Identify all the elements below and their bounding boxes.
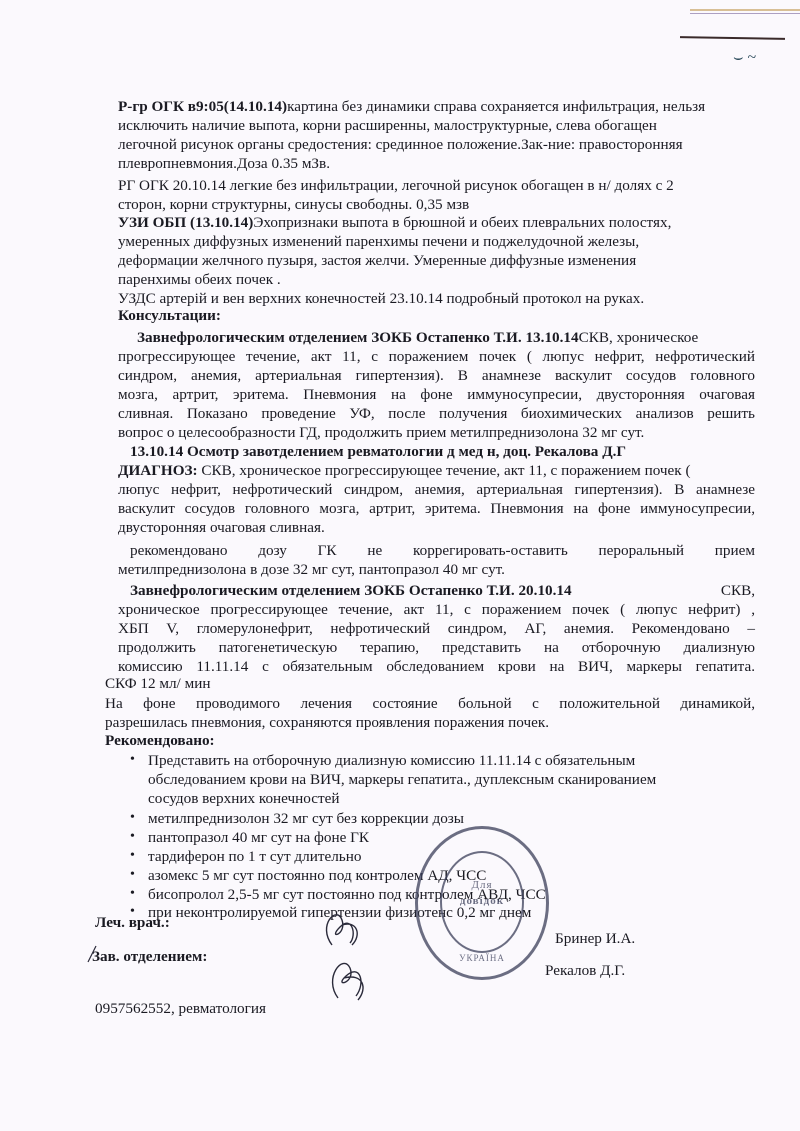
diagnosis-line: двусторонняя очаговая сливная.	[118, 519, 325, 537]
scan-edge-line	[690, 9, 800, 11]
summary-line: На фоне проводимого лечения состояние бо…	[105, 695, 755, 713]
footer-contact: 0957562552, ревматология	[95, 1000, 266, 1018]
recommended-heading: Рекомендовано:	[105, 732, 215, 750]
text: Эхопризнаки выпота в брюшной и обеих пле…	[253, 214, 671, 231]
stamp-inner-ring: Для довідок	[440, 851, 524, 953]
xray2-line: РГ ОГК 20.10.14 легкие без инфильтрации,…	[118, 177, 674, 195]
handwritten-mark: ⌣ ~	[733, 49, 756, 67]
text: СКВ, хроническое	[579, 329, 699, 346]
diagnosis-label: ДИАГНОЗ:	[118, 462, 198, 479]
consult1-line: мозга, артрит, эритема. Пневмония на фон…	[118, 386, 755, 404]
consult1-line: прогрессирующее течение, акт 11, с пораж…	[118, 348, 755, 366]
consult3-line: Завнефрологическим отделением ЗОКБ Остап…	[130, 582, 755, 600]
recommendation-item: сосудов верхних конечностей	[148, 790, 340, 808]
attending-label: Леч. врач.:	[95, 914, 170, 932]
consult2-recommendation: рекомендовано дозу ГК не коррегировать-о…	[130, 542, 755, 560]
summary-line: разрешилась пневмония, сохраняются прояв…	[105, 714, 549, 732]
bullet-icon: •	[130, 810, 135, 826]
consult1-line: сливная. Показано проведение УФ, после п…	[118, 405, 755, 423]
bullet-icon: •	[130, 829, 135, 845]
consult2-recommendation: метилпреднизолона в дозе 32 мг сут, пант…	[118, 561, 505, 579]
ultrasound-line: деформации желчного пузыря, застоя желчи…	[118, 252, 636, 270]
consult3-line: продолжить патогенетическую терапию, пре…	[118, 639, 755, 657]
head-name: Рекалов Д.Г.	[545, 962, 625, 980]
stamp-small-text: Для	[442, 879, 522, 891]
text: картина без динамики справа сохраняется …	[287, 98, 705, 115]
recommendation-item: пантопразол 40 мг сут на фоне ГК	[148, 829, 369, 847]
checkmark-icon	[86, 944, 98, 964]
diagnosis-line: люпус нефрит, нефротический синдром, ане…	[118, 481, 755, 499]
diagnosis-line: ДИАГНОЗ: СКВ, хроническое прогрессирующе…	[118, 462, 691, 480]
xray1-title: Р-гр ОГК в9:05(14.10.14)	[118, 98, 287, 115]
medical-discharge-page: ⌣ ~ Р-гр ОГК в9:05(14.10.14)картина без …	[0, 0, 800, 1131]
recommendation-item: Представить на отборочную диализную коми…	[148, 752, 635, 770]
consult1-title: Завнефрологическим отделением ЗОКБ Остап…	[137, 329, 579, 346]
head-label: Зав. отделением:	[92, 948, 207, 966]
doppler-line: УЗДС артерій и вен верхних конечностей 2…	[118, 290, 644, 308]
attending-name: Бринер И.А.	[555, 930, 635, 948]
consult3-line: ХБП V, гломерулонефрит, нефротический си…	[118, 620, 755, 638]
xray1-line: легочной рисунок органы средостения: сре…	[118, 136, 683, 154]
consult1-line: вопрос о целесообразности ГД, продолжить…	[118, 424, 644, 442]
stamp-center-text: довідок	[442, 895, 522, 907]
ultrasound-line: УЗИ ОБП (13.10.14)Эхопризнаки выпота в б…	[118, 214, 671, 232]
scan-edge-line	[690, 13, 800, 14]
bullet-icon: •	[130, 886, 135, 902]
recommendation-item: обследованием крови на ВИЧ, маркеры гепа…	[148, 771, 656, 789]
xray2-line: сторон, корни структурны, синусы свободн…	[118, 196, 469, 214]
text: СКВ, хроническое прогрессирующее течение…	[198, 462, 691, 479]
consult3-title: Завнефрологическим отделением ЗОКБ Остап…	[130, 582, 572, 599]
bullet-icon: •	[130, 752, 135, 768]
xray1-line: исключить наличие выпота, корни расширен…	[118, 117, 657, 135]
bullet-icon: •	[130, 848, 135, 864]
xray1-line: плевропневмония.Доза 0.35 мЗв.	[118, 155, 330, 173]
diagnosis-line: васкулит сосудов головного мозга, артрит…	[118, 500, 755, 518]
consult1-line: синдром, анемия, артериальная гипертензи…	[118, 367, 755, 385]
consult3-line: комиссию 11.11.14 с обязательным обследо…	[118, 658, 755, 676]
ultrasound-line: умеренных диффузных изменений паренхимы …	[118, 233, 639, 251]
consult3-line: хроническое прогрессирующее течение, акт…	[118, 601, 755, 619]
consultations-heading: Консультации:	[118, 307, 221, 325]
official-stamp: Для довідок УКРАЇНА	[415, 826, 549, 980]
bullet-icon: •	[130, 867, 135, 883]
signature-head-icon	[318, 948, 378, 1008]
handwritten-line	[680, 36, 785, 40]
recommendation-item: метилпреднизолон 32 мг сут без коррекции…	[148, 810, 464, 828]
text: СКВ,	[721, 582, 755, 600]
recommendation-item: тардиферон по 1 т сут длительно	[148, 848, 361, 866]
ultrasound-title: УЗИ ОБП (13.10.14)	[118, 214, 253, 231]
consult3-line: СКФ 12 мл/ мин	[105, 675, 210, 693]
consult1-line: Завнефрологическим отделением ЗОКБ Остап…	[137, 329, 755, 347]
ultrasound-line: паренхимы обеих почек .	[118, 271, 281, 289]
xray1-line: Р-гр ОГК в9:05(14.10.14)картина без дина…	[118, 98, 705, 116]
consult2-title: 13.10.14 Осмотр завотделением ревматолог…	[130, 443, 626, 461]
stamp-bottom-text: УКРАЇНА	[418, 953, 546, 963]
